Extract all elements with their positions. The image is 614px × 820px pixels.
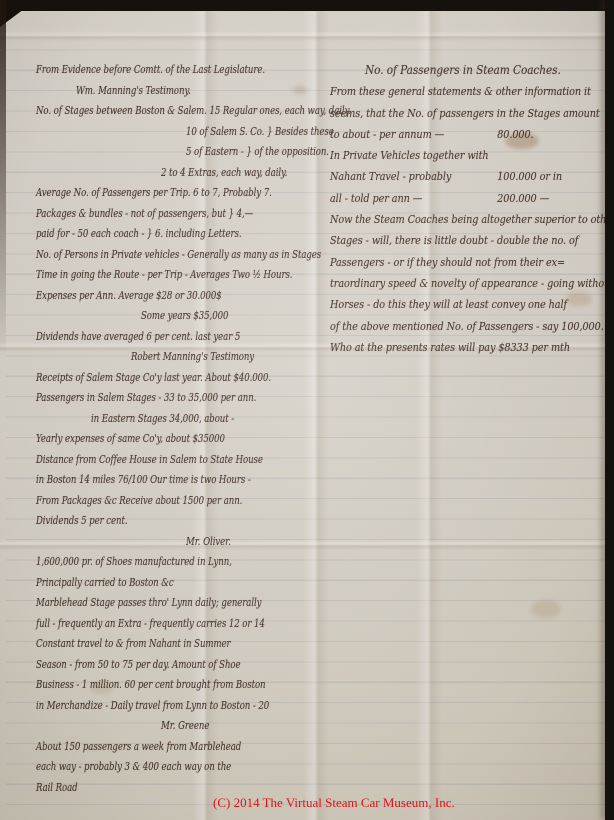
manuscript-line-text: From these general statements & other in…	[330, 85, 591, 98]
manuscript-line-text: 2 to 4 Extras, each way, daily.	[161, 166, 287, 179]
manuscript-line: Passengers in Salem Stages - 33 to 35,00…	[36, 388, 264, 409]
manuscript-line: From Packages &c Receive about 1500 per …	[36, 491, 264, 512]
scan-edge-top	[0, 0, 614, 11]
manuscript-line: Distance from Coffee House in Salem to S…	[36, 450, 264, 471]
manuscript-line: Packages & bundles - not of passengers, …	[36, 204, 264, 225]
manuscript-line: No. of Passengers in Steam Coaches.	[365, 60, 577, 81]
manuscript-line: Stages - will, there is little doubt - d…	[330, 230, 573, 251]
manuscript-line: Passengers - or if they should not from …	[330, 252, 573, 273]
manuscript-line-text: 5 of Eastern - } of the opposition.	[186, 145, 329, 158]
manuscript-line-text: full - frequently an Extra - frequently …	[36, 617, 265, 630]
copyright-watermark: (C) 2014 The Virtual Steam Car Museum, I…	[213, 795, 455, 811]
manuscript-line-text: Horses - do this they will at least conv…	[330, 298, 567, 311]
manuscript-line-text: Passengers - or if they should not from …	[330, 256, 565, 269]
manuscript-scan: From Evidence before Comtt. of the Last …	[0, 0, 614, 820]
manuscript-line: 10 of Salem S. Co. } Besides these	[186, 122, 297, 143]
manuscript-line-text: paid for - 50 each coach - } 6. includin…	[36, 227, 242, 240]
manuscript-line-text: Dividends 5 per cent.	[36, 514, 127, 527]
manuscript-line: Wm. Manning's Testimony.	[76, 81, 273, 102]
manuscript-line: Season - from 50 to 75 per day. Amount o…	[36, 655, 264, 676]
manuscript-line: 2 to 4 Extras, each way, daily.	[161, 163, 291, 184]
manuscript-line: traordinary speed & novelty of appearanc…	[330, 273, 573, 294]
manuscript-line: Yearly expenses of same Co'y, about $350…	[36, 429, 264, 450]
manuscript-line-text: In Private Vehicles together with	[330, 149, 489, 162]
manuscript-line-text: in Merchandize - Daily travel from Lynn …	[36, 699, 269, 712]
manuscript-line: in Eastern Stages 34,000, about -	[91, 409, 276, 430]
manuscript-line: Dividends 5 per cent.	[36, 511, 264, 532]
manuscript-line: seems, that the No. of passengers in the…	[330, 103, 573, 124]
manuscript-line-text: 1,600,000 pr. of Shoes manufactured in L…	[36, 555, 232, 568]
manuscript-line-text: Who at the presents rates will pay $8333…	[330, 341, 570, 354]
manuscript-line-text: Mr. Oliver.	[186, 535, 231, 548]
manuscript-line-text: seems, that the No. of passengers in the…	[330, 107, 600, 120]
manuscript-line: Principally carried to Boston &c	[36, 573, 264, 594]
manuscript-line: all - told per ann —200.000 —	[330, 188, 573, 209]
manuscript-line-text: No. of Stages between Boston & Salem. 15…	[36, 104, 351, 117]
manuscript-line: Receipts of Salem Stage Co'y last year. …	[36, 368, 264, 389]
manuscript-line: Horses - do this they will at least conv…	[330, 294, 573, 315]
manuscript-line: in Boston 14 miles 76/100 Our time is tw…	[36, 470, 264, 491]
manuscript-line: each way - probably 3 & 400 each way on …	[36, 757, 264, 778]
manuscript-line-text: Some years $35,000	[141, 309, 228, 322]
manuscript-line: 5 of Eastern - } of the opposition.	[186, 142, 297, 163]
manuscript-line-text: Distance from Coffee House in Salem to S…	[36, 453, 263, 466]
manuscript-line: Time in going the Route - per Trip - Ave…	[36, 265, 264, 286]
manuscript-line: From Evidence before Comtt. of the Last …	[36, 60, 264, 81]
manuscript-line-text: Wm. Manning's Testimony.	[76, 84, 191, 97]
manuscript-line: From these general statements & other in…	[330, 81, 573, 102]
manuscript-line-text: each way - probably 3 & 400 each way on …	[36, 760, 231, 773]
manuscript-line-text: Expenses per Ann. Average $28 or 30.000$	[36, 289, 222, 302]
manuscript-line: Now the Steam Coaches being altogether s…	[330, 209, 573, 230]
manuscript-line: Mr. Greene	[161, 716, 291, 737]
manuscript-line: In Private Vehicles together with	[330, 145, 573, 166]
manuscript-line-text: of the above mentioned No. of Passengers…	[330, 320, 604, 333]
manuscript-line-text: Passengers in Salem Stages - 33 to 35,00…	[36, 391, 256, 404]
manuscript-line-text: Packages & bundles - not of passengers, …	[36, 207, 253, 220]
manuscript-line-text: From Evidence before Comtt. of the Last …	[36, 63, 265, 76]
manuscript-line-text: Robert Manning's Testimony	[131, 350, 254, 363]
manuscript-line: Nahant Travel - probably100.000 or in	[330, 166, 573, 187]
manuscript-line: 1,600,000 pr. of Shoes manufactured in L…	[36, 552, 264, 573]
manuscript-left-column: From Evidence before Comtt. of the Last …	[36, 60, 328, 798]
manuscript-line: in Merchandize - Daily travel from Lynn …	[36, 696, 264, 717]
manuscript-line: Robert Manning's Testimony	[131, 347, 285, 368]
manuscript-line: Business - 1 million. 60 per cent brough…	[36, 675, 264, 696]
manuscript-line: About 150 passengers a week from Marbleh…	[36, 737, 264, 758]
manuscript-line: No. of Persons in Private vehicles - Gen…	[36, 245, 264, 266]
manuscript-line-text: Stages - will, there is little doubt - d…	[330, 234, 578, 247]
manuscript-line: Who at the presents rates will pay $8333…	[330, 337, 573, 358]
manuscript-line-text: About 150 passengers a week from Marbleh…	[36, 740, 241, 753]
manuscript-line: Constant travel to & from Nahant in Summ…	[36, 634, 264, 655]
paper-stain	[531, 600, 561, 618]
manuscript-line-text: Dividends have averaged 6 per cent. last…	[36, 330, 240, 343]
manuscript-line-text: Now the Steam Coaches being altogether s…	[330, 213, 614, 226]
manuscript-line: paid for - 50 each coach - } 6. includin…	[36, 224, 264, 245]
manuscript-line-text: Time in going the Route - per Trip - Ave…	[36, 268, 292, 281]
fold-crease-horizontal	[0, 31, 614, 41]
manuscript-line-text: Average No. of Passengers per Trip. 6 to…	[36, 186, 272, 199]
manuscript-right-column: No. of Passengers in Steam Coaches.From …	[330, 60, 606, 358]
manuscript-line-text: all - told per ann —	[330, 192, 422, 205]
manuscript-line-text: Marblehead Stage passes thro' Lynn daily…	[36, 596, 261, 609]
manuscript-line: Some years $35,000	[141, 306, 287, 327]
manuscript-line-text: traordinary speed & novelty of appearanc…	[330, 277, 614, 290]
manuscript-line: No. of Stages between Boston & Salem. 15…	[36, 101, 264, 122]
scan-edge-left	[0, 0, 6, 360]
manuscript-line-text: Business - 1 million. 60 per cent brough…	[36, 678, 265, 691]
manuscript-line: to about - per annum —80.000.	[330, 124, 573, 145]
manuscript-line: full - frequently an Extra - frequently …	[36, 614, 264, 635]
manuscript-line-text: Receipts of Salem Stage Co'y last year. …	[36, 371, 271, 384]
manuscript-line-figure: 80.000.	[497, 124, 533, 145]
manuscript-line: of the above mentioned No. of Passengers…	[330, 316, 573, 337]
manuscript-line-text: Rail Road	[36, 781, 78, 794]
manuscript-line: Marblehead Stage passes thro' Lynn daily…	[36, 593, 264, 614]
manuscript-line-figure: 100.000 or in	[497, 166, 562, 187]
manuscript-line-text: From Packages &c Receive about 1500 per …	[36, 494, 242, 507]
manuscript-line-text: in Boston 14 miles 76/100 Our time is tw…	[36, 473, 251, 486]
manuscript-line-text: Mr. Greene	[161, 719, 209, 732]
manuscript-line-text: Season - from 50 to 75 per day. Amount o…	[36, 658, 240, 671]
manuscript-line-text: Nahant Travel - probably	[330, 170, 451, 183]
manuscript-line-figure: 200.000 —	[497, 188, 549, 209]
manuscript-line-text: No. of Persons in Private vehicles - Gen…	[36, 248, 321, 261]
manuscript-line-text: Principally carried to Boston &c	[36, 576, 174, 589]
manuscript-line-text: Constant travel to & from Nahant in Summ…	[36, 637, 231, 650]
manuscript-line-text: 10 of Salem S. Co. } Besides these	[186, 125, 334, 138]
manuscript-line-text: No. of Passengers in Steam Coaches.	[365, 63, 561, 77]
manuscript-line-text: to about - per annum —	[330, 128, 444, 141]
manuscript-line: Dividends have averaged 6 per cent. last…	[36, 327, 264, 348]
manuscript-line: Average No. of Passengers per Trip. 6 to…	[36, 183, 264, 204]
manuscript-line-text: in Eastern Stages 34,000, about -	[91, 412, 234, 425]
manuscript-line-text: Yearly expenses of same Co'y, about $350…	[36, 432, 225, 445]
manuscript-line: Mr. Oliver.	[186, 532, 297, 553]
scan-edge-right	[605, 0, 614, 820]
manuscript-line: Expenses per Ann. Average $28 or 30.000$	[36, 286, 264, 307]
